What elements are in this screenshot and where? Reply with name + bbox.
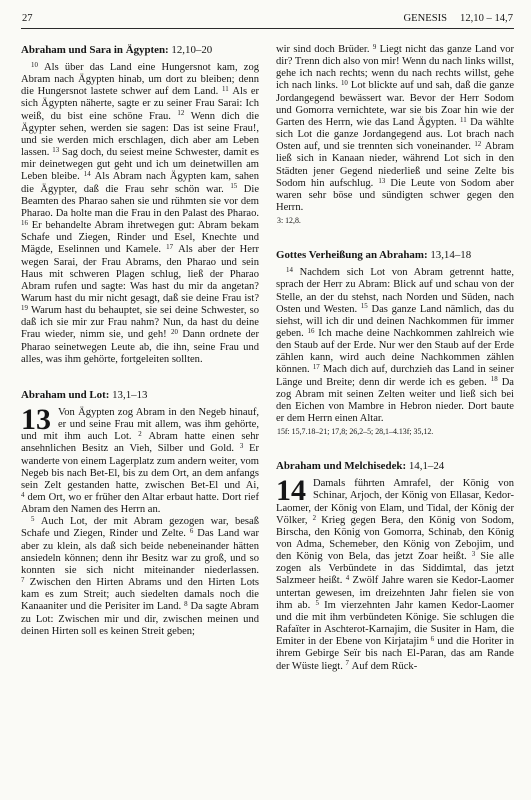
verse-range: 12,10 – 14,7 [460, 13, 513, 24]
section-heading-ref: 12,10–20 [171, 44, 212, 56]
verse-number: 3 [240, 443, 243, 450]
verse-number: 17 [166, 244, 173, 251]
section-heading-ref: 13,14–18 [430, 249, 471, 261]
page-header: 27 GENESIS12,10 – 14,7 [21, 13, 514, 29]
verse-number: 15 [230, 183, 237, 190]
verse-number: 3 [472, 551, 475, 558]
verse-number: 12 [177, 110, 184, 117]
verse-number: 12 [474, 141, 481, 148]
section-heading: Abraham und Lot: 13,1–13 [21, 389, 259, 402]
verse-number: 16 [308, 328, 315, 335]
page-number: 27 [22, 13, 33, 25]
verse-number: 14 [84, 171, 91, 178]
verse-number: 4 [346, 575, 349, 582]
paragraph: 14 Nachdem sich Lot von Abram getrennt h… [276, 267, 514, 425]
section-heading-title: Abraham und Melchisedek: [276, 460, 409, 472]
verse-number: 9 [373, 44, 376, 51]
section-heading-title: Gottes Verheißung an Abraham: [276, 249, 430, 261]
verse-number: 17 [313, 364, 320, 371]
paragraph: wir sind doch Brüder. 9 Liegt nicht das … [276, 44, 514, 214]
verse-text: Auf dem Rück- [352, 661, 418, 672]
bible-page: 27 GENESIS12,10 – 14,7 Abraham und Sara … [0, 0, 531, 800]
verse-number: 4 [21, 492, 24, 499]
verse-number: 15 [361, 303, 368, 310]
verse-number: 14 [286, 267, 293, 274]
verse-number: 6 [190, 528, 193, 535]
verse-number: 6 [431, 636, 434, 643]
verse-number: 19 [21, 305, 28, 312]
section-heading-title: Abraham und Sara in Ägypten: [21, 44, 171, 56]
column-left: Abraham und Sara in Ägypten: 12,10–2010 … [21, 44, 259, 673]
verse-number: 2 [313, 515, 316, 522]
verse-number: 10 [31, 62, 38, 69]
paragraph: 5 Auch Lot, der mit Abram gezogen war, b… [21, 516, 259, 638]
section-heading: Gottes Verheißung an Abraham: 13,14–18 [276, 249, 514, 262]
verse-number: 5 [31, 516, 34, 523]
section-heading-ref: 13,1–13 [112, 389, 147, 401]
verse-text: wir sind doch Brüder. [276, 44, 373, 55]
column-right: wir sind doch Brüder. 9 Liegt nicht das … [276, 44, 514, 673]
verse-number: 2 [138, 431, 141, 438]
chapter-paragraph: 13Von Ägypten zog Abram in den Negeb hin… [21, 407, 259, 516]
chapter-number: 14 [276, 479, 306, 502]
verse-number: 7 [346, 660, 349, 667]
chapter-paragraph: 14Damals führten Amrafel, der König von … [276, 478, 514, 673]
verse-number: 11 [460, 117, 467, 124]
verse-number: 18 [491, 376, 498, 383]
section-heading-ref: 14,1–24 [409, 460, 444, 472]
verse-number: 5 [315, 600, 318, 607]
section-heading: Abraham und Melchisedek: 14,1–24 [276, 460, 514, 473]
cross-reference: 15f: 15,7.18–21; 17,8; 26,2–5; 28,1–4.13… [277, 427, 514, 437]
verse-number: 20 [171, 329, 178, 336]
verse-number: 13 [378, 178, 385, 185]
text-columns: Abraham und Sara in Ägypten: 12,10–2010 … [21, 44, 514, 673]
book-name: GENESIS [403, 13, 447, 24]
verse-number: 10 [341, 80, 348, 87]
verse-number: 11 [222, 86, 229, 93]
verse-text: dem Ort, wo er früher den Altar erbaut h… [21, 492, 259, 515]
verse-number: 7 [21, 577, 24, 584]
cross-reference: 3: 12,8. [277, 216, 514, 226]
verse-number: 8 [184, 601, 187, 608]
paragraph: 10 Als über das Land eine Hungersnot kam… [21, 62, 259, 366]
chapter-number: 13 [21, 408, 51, 431]
running-title: GENESIS12,10 – 14,7 [403, 13, 513, 25]
verse-number: 13 [52, 147, 59, 154]
section-heading: Abraham und Sara in Ägypten: 12,10–20 [21, 44, 259, 57]
verse-number: 16 [21, 220, 28, 227]
section-heading-title: Abraham und Lot: [21, 389, 112, 401]
